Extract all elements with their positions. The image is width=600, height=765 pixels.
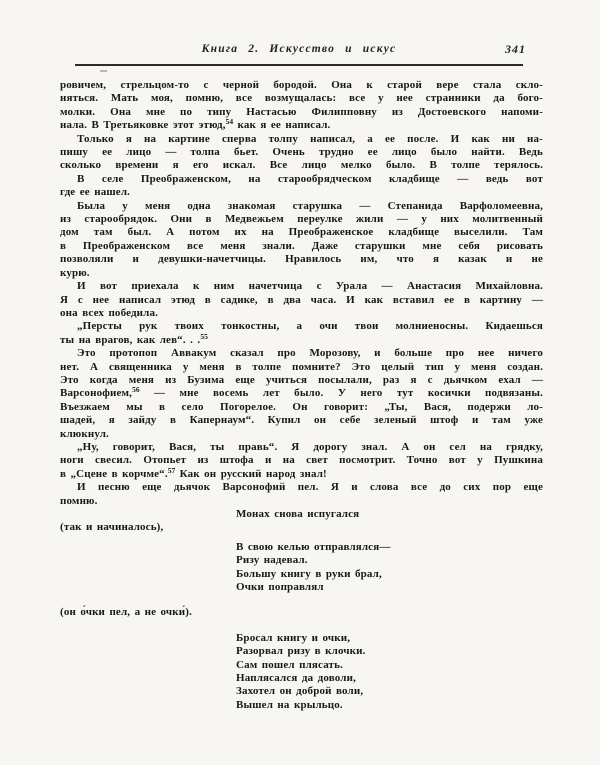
text-line: она всех победила. <box>60 307 543 320</box>
text-line: нет. А священника у меня в толпе помните… <box>60 361 543 374</box>
text-line: ровичем, стрельцом-то с черной бородой. … <box>60 79 543 92</box>
text-line: нала. В Третьяковке этот этюд,54 как я е… <box>60 119 543 132</box>
footnote-ref: 55 <box>200 332 208 341</box>
text-line: „Персты рук твоих тонкостны, а очи твои … <box>60 320 543 333</box>
verse-line: Вышел на крыльцо. <box>60 699 543 712</box>
text-line: молки. Она мне по типу Настасью Филиппов… <box>60 106 543 119</box>
text-line: ты на врагов, как лев“. . .55 <box>60 334 543 347</box>
footnote-ref: 56 <box>132 385 140 394</box>
text-line: в Преображенском все меня знали. Даже ст… <box>60 240 543 253</box>
text-line: Въезжаем мы в село Погорелое. Он говорит… <box>60 401 543 414</box>
text-line: няться. Мать моя, помню, все возмущалась… <box>60 92 543 105</box>
text-line: помню. <box>60 495 543 508</box>
text-line: дом там был. А потом их на Преображенско… <box>60 226 543 239</box>
verse-line: Захотел он доброй воли, <box>60 685 543 698</box>
verse-line: Сам пошел плясать. <box>60 659 543 672</box>
text-line: Я с нее написал этюд в садике, в два час… <box>60 294 543 307</box>
verse-line: Наплясался да доволи, <box>60 672 543 685</box>
page-number: 341 <box>505 43 526 55</box>
verse-line: Ризу надевал. <box>60 554 543 567</box>
text-line: курю. <box>60 267 543 280</box>
verse-line: Очки поправлял <box>60 581 543 594</box>
text-line: из старообрядок. Они в Медвежьем переулк… <box>60 213 543 226</box>
text-line: И вот приехала к ним начетчица с Урала —… <box>60 280 543 293</box>
text-line: в „Сцене в корчме“.57 Как он русский нар… <box>60 468 543 481</box>
text-line: где ее нашел. <box>60 186 543 199</box>
text-line: Только я на картине сперва толпу написал… <box>60 133 543 146</box>
text-line: Была у меня одна знакомая старушка — Сте… <box>60 200 543 213</box>
text-line: В селе Преображенском, на старообрядческ… <box>60 173 543 186</box>
verse-line: В свою келью отправлялся— <box>60 541 543 554</box>
footnote-ref: 57 <box>168 466 176 475</box>
text-line: Варсонофием,56 — мне восемь лет было. У … <box>60 387 543 400</box>
verse-line: Монах снова испугался <box>60 508 543 521</box>
text-line: ноги свесил. Отопьет из штофа и на свет … <box>60 454 543 467</box>
header-rule <box>75 64 523 66</box>
verse-line: Большу книгу в руки брал, <box>60 568 543 581</box>
footnote-ref: 54 <box>226 117 234 126</box>
text-line: „Ну, говорит, Вася, ты правь“. Я дорогу … <box>60 441 543 454</box>
text-line: И песню еще дьячок Варсонофий пел. Я и с… <box>60 481 543 494</box>
text-line: позволяли и девушки-начетчицы. Нравилось… <box>60 253 543 266</box>
text-line: Это протопоп Аввакум сказал про Морозову… <box>60 347 543 360</box>
scan-speck <box>100 70 107 72</box>
text-line: (так и начиналось), <box>60 521 543 534</box>
text-line: (он о́чки пел, а не очки́). <box>60 606 543 619</box>
verse-line: Разорвал ризу в клочки. <box>60 645 543 658</box>
text-line: клюкнул. <box>60 428 543 441</box>
book-page: Книга 2. Искусство и искус 341 ровичем, … <box>0 0 600 765</box>
running-title: Книга 2. Искусство и искус <box>75 43 523 55</box>
text-line: сколько времени я его искал. Все лицо ме… <box>60 159 543 172</box>
verse-line: Бросал книгу и очки, <box>60 632 543 645</box>
text-block: ровичем, стрельцом-то с черной бородой. … <box>60 79 543 712</box>
text-line: шадей, я зайду в Капернаум“. Купил он се… <box>60 414 543 427</box>
text-line: пишу ее лицо — толпа бьет. Очень трудно … <box>60 146 543 159</box>
